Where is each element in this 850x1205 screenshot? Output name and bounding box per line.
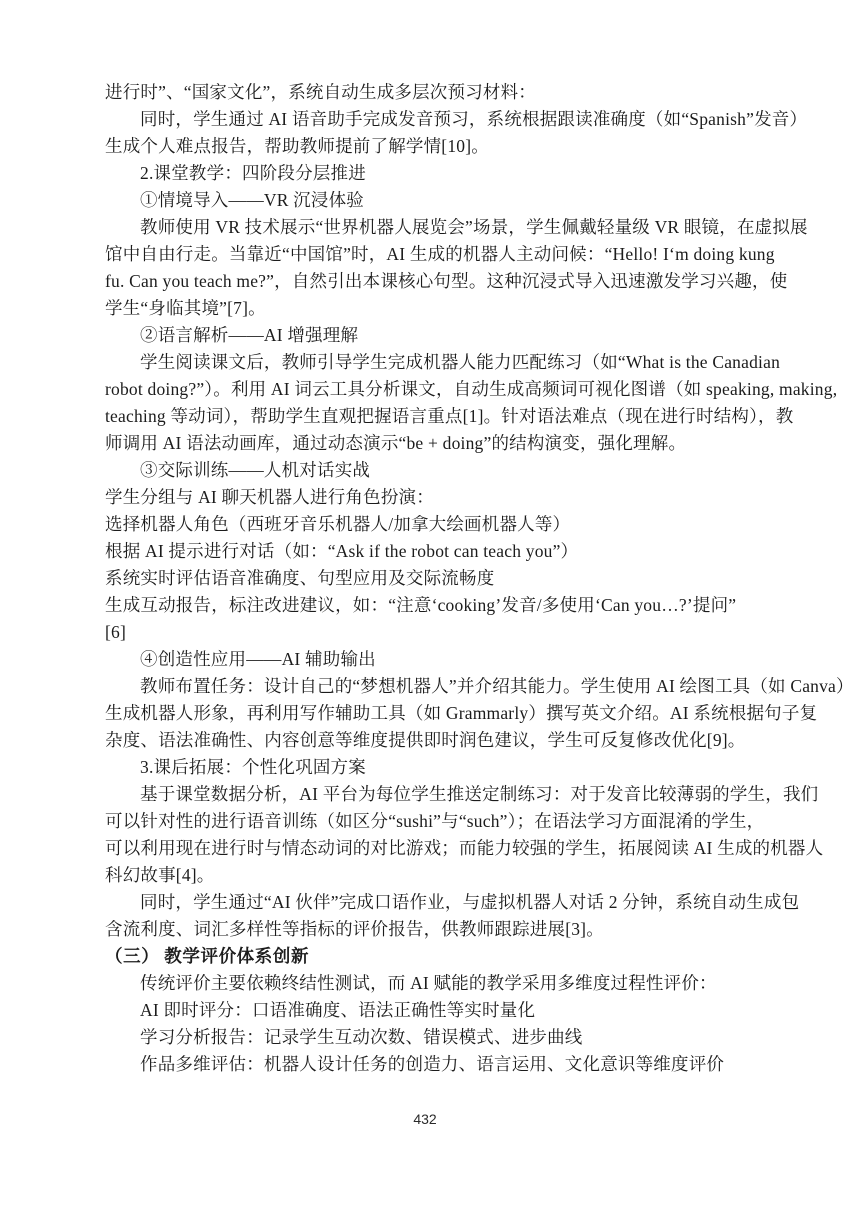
- text-line: 师调用 AI 语法动画库，通过动态演示“be + doing”的结构演变，强化理…: [105, 430, 750, 457]
- text-line: ④创造性应用——AI 辅助输出: [105, 646, 750, 673]
- text-line: robot doing?”）。利用 AI 词云工具分析课文，自动生成高频词可视化…: [105, 376, 750, 403]
- text-line: 学生“身临其境”[7]。: [105, 295, 750, 322]
- text-line: 作品多维评估：机器人设计任务的创造力、语言运用、文化意识等维度评价: [105, 1051, 750, 1078]
- text-line: 根据 AI 提示进行对话（如：“Ask if the robot can tea…: [105, 538, 750, 565]
- text-line: ③交际训练——人机对话实战: [105, 457, 750, 484]
- text-line: 同时，学生通过“AI 伙伴”完成口语作业，与虚拟机器人对话 2 分钟，系统自动生…: [105, 889, 750, 916]
- text-line: 系统实时评估语音准确度、句型应用及交际流畅度: [105, 565, 750, 592]
- text-line: teaching 等动词），帮助学生直观把握语言重点[1]。针对语法难点（现在进…: [105, 403, 750, 430]
- text-line: fu. Can you teach me?”，自然引出本课核心句型。这种沉浸式导…: [105, 268, 750, 295]
- text-line: 馆中自由行走。当靠近“中国馆”时，AI 生成的机器人主动问候：“Hello! I…: [105, 241, 750, 268]
- text-line: 进行时”、“国家文化”，系统自动生成多层次预习材料：: [105, 79, 750, 106]
- text-line: 生成机器人形象，再利用写作辅助工具（如 Grammarly）撰写英文介绍。AI …: [105, 700, 750, 727]
- text-line: 同时，学生通过 AI 语音助手完成发音预习，系统根据跟读准确度（如“Spanis…: [105, 106, 750, 133]
- text-line: 含流利度、词汇多样性等指标的评价报告，供教师跟踪进展[3]。: [105, 916, 750, 943]
- text-line: （三） 教学评价体系创新: [105, 943, 750, 970]
- text-line: AI 即时评分：口语准确度、语法正确性等实时量化: [105, 997, 750, 1024]
- text-line: 选择机器人角色（西班牙音乐机器人/加拿大绘画机器人等）: [105, 511, 750, 538]
- page-number: 432: [0, 1110, 850, 1128]
- text-line: 学习分析报告：记录学生互动次数、错误模式、进步曲线: [105, 1024, 750, 1051]
- text-line: 传统评价主要依赖终结性测试，而 AI 赋能的教学采用多维度过程性评价：: [105, 970, 750, 997]
- text-line: 学生分组与 AI 聊天机器人进行角色扮演：: [105, 484, 750, 511]
- text-line: 2.课堂教学：四阶段分层推进: [105, 160, 750, 187]
- document-body: 进行时”、“国家文化”，系统自动生成多层次预习材料：同时，学生通过 AI 语音助…: [105, 79, 750, 1078]
- text-line: 教师布置任务：设计自己的“梦想机器人”并介绍其能力。学生使用 AI 绘图工具（如…: [105, 673, 750, 700]
- text-line: 杂度、语法准确性、内容创意等维度提供即时润色建议，学生可反复修改优化[9]。: [105, 727, 750, 754]
- text-line: 教师使用 VR 技术展示“世界机器人展览会”场景，学生佩戴轻量级 VR 眼镜，在…: [105, 214, 750, 241]
- text-line: 科幻故事[4]。: [105, 862, 750, 889]
- text-line: [6]: [105, 619, 750, 646]
- text-line: ①情境导入——VR 沉浸体验: [105, 187, 750, 214]
- text-line: 生成个人难点报告，帮助教师提前了解学情[10]。: [105, 133, 750, 160]
- text-line: 生成互动报告，标注改进建议，如：“注意‘cooking’发音/多使用‘Can y…: [105, 592, 750, 619]
- text-line: 可以利用现在进行时与情态动词的对比游戏；而能力较强的学生，拓展阅读 AI 生成的…: [105, 835, 750, 862]
- document-page: 进行时”、“国家文化”，系统自动生成多层次预习材料：同时，学生通过 AI 语音助…: [0, 0, 850, 1205]
- text-line: 基于课堂数据分析，AI 平台为每位学生推送定制练习：对于发音比较薄弱的学生，我们: [105, 781, 750, 808]
- text-line: 学生阅读课文后，教师引导学生完成机器人能力匹配练习（如“What is the …: [105, 349, 750, 376]
- text-line: 3.课后拓展：个性化巩固方案: [105, 754, 750, 781]
- text-line: 可以针对性的进行语音训练（如区分“sushi”与“such”）；在语法学习方面混…: [105, 808, 750, 835]
- text-line: ②语言解析——AI 增强理解: [105, 322, 750, 349]
